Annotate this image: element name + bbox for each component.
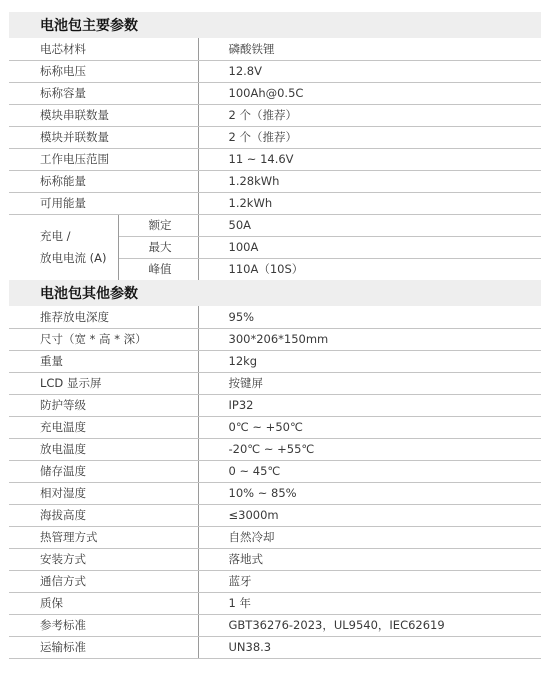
current-group-label: 充电 / 放电电流 (A) — [9, 214, 118, 280]
other-params-table: 推荐放电深度95% 尺寸（宽 * 高 * 深）300*206*150mm 重量1… — [9, 306, 541, 659]
table-row: LCD 显示屏按键屏 — [9, 372, 541, 394]
table-row: 标称电压12.8V — [9, 60, 541, 82]
spec-label: LCD 显示屏 — [9, 372, 198, 394]
spec-label: 推荐放电深度 — [9, 306, 198, 328]
spec-value: 100Ah@0.5C — [198, 82, 541, 104]
spec-value: 100A — [198, 236, 541, 258]
spec-value: IP32 — [198, 394, 541, 416]
table-row: 热管理方式自然冷却 — [9, 526, 541, 548]
table-row: 模块串联数量2 个（推荐） — [9, 104, 541, 126]
spec-value: 50A — [198, 214, 541, 236]
table-row: 安装方式落地式 — [9, 548, 541, 570]
spec-value: 2 个（推荐） — [198, 104, 541, 126]
spec-value: 11 ~ 14.6V — [198, 148, 541, 170]
current-label-line1: 充电 / — [40, 225, 118, 247]
table-row: 参考标准GBT36276-2023，UL9540，IEC62619 — [9, 614, 541, 636]
table-row: 质保1 年 — [9, 592, 541, 614]
spec-value: 110A（10S） — [198, 258, 541, 280]
spec-value: ≤3000m — [198, 504, 541, 526]
spec-label: 标称能量 — [9, 170, 198, 192]
spec-label: 尺寸（宽 * 高 * 深） — [9, 328, 198, 350]
spec-label: 海拔高度 — [9, 504, 198, 526]
current-sublabel: 峰值 — [118, 258, 198, 280]
spec-value: 落地式 — [198, 548, 541, 570]
current-sublabel: 额定 — [118, 214, 198, 236]
table-row: 放电温度-20℃ ~ +55℃ — [9, 438, 541, 460]
table-row: 充电温度0℃ ~ +50℃ — [9, 416, 541, 438]
current-sublabel: 最大 — [118, 236, 198, 258]
table-row: 尺寸（宽 * 高 * 深）300*206*150mm — [9, 328, 541, 350]
spec-value: 自然冷却 — [198, 526, 541, 548]
table-row: 相对湿度10% ~ 85% — [9, 482, 541, 504]
spec-value: 蓝牙 — [198, 570, 541, 592]
spec-label: 模块并联数量 — [9, 126, 198, 148]
spec-value: 2 个（推荐） — [198, 126, 541, 148]
current-label-line2: 放电电流 (A) — [40, 247, 118, 269]
spec-label: 标称电压 — [9, 60, 198, 82]
spec-label: 重量 — [9, 350, 198, 372]
spec-value: 0℃ ~ +50℃ — [198, 416, 541, 438]
section-title-other-params: 电池包其他参数 — [9, 280, 541, 306]
spec-label: 通信方式 — [9, 570, 198, 592]
table-row: 储存温度0 ~ 45℃ — [9, 460, 541, 482]
spec-value: 1 年 — [198, 592, 541, 614]
spec-sheet: 电池包主要参数 电芯材料磷酸铁锂 标称电压12.8V 标称容量100Ah@0.5… — [9, 12, 541, 659]
table-row: 重量12kg — [9, 350, 541, 372]
spec-value: 10% ~ 85% — [198, 482, 541, 504]
main-params-table: 电芯材料磷酸铁锂 标称电压12.8V 标称容量100Ah@0.5C 模块串联数量… — [9, 38, 541, 280]
spec-label: 放电温度 — [9, 438, 198, 460]
spec-label: 防护等级 — [9, 394, 198, 416]
spec-value: 95% — [198, 306, 541, 328]
spec-value: 0 ~ 45℃ — [198, 460, 541, 482]
table-row: 充电 / 放电电流 (A) 额定 50A — [9, 214, 541, 236]
spec-value: GBT36276-2023，UL9540，IEC62619 — [198, 614, 541, 636]
table-row: 防护等级IP32 — [9, 394, 541, 416]
spec-value: 300*206*150mm — [198, 328, 541, 350]
spec-value: 1.28kWh — [198, 170, 541, 192]
table-row: 工作电压范围11 ~ 14.6V — [9, 148, 541, 170]
spec-value: -20℃ ~ +55℃ — [198, 438, 541, 460]
spec-value: 12kg — [198, 350, 541, 372]
spec-value: 磷酸铁锂 — [198, 38, 541, 60]
spec-label: 模块串联数量 — [9, 104, 198, 126]
table-row: 标称容量100Ah@0.5C — [9, 82, 541, 104]
spec-label: 储存温度 — [9, 460, 198, 482]
spec-value: UN38.3 — [198, 636, 541, 658]
table-row: 标称能量1.28kWh — [9, 170, 541, 192]
spec-label: 电芯材料 — [9, 38, 198, 60]
spec-label: 参考标准 — [9, 614, 198, 636]
spec-label: 工作电压范围 — [9, 148, 198, 170]
spec-value: 12.8V — [198, 60, 541, 82]
spec-label: 安装方式 — [9, 548, 198, 570]
spec-value: 1.2kWh — [198, 192, 541, 214]
spec-label: 充电温度 — [9, 416, 198, 438]
spec-label: 标称容量 — [9, 82, 198, 104]
spec-label: 运输标准 — [9, 636, 198, 658]
table-row: 通信方式蓝牙 — [9, 570, 541, 592]
spec-label: 质保 — [9, 592, 198, 614]
spec-label: 可用能量 — [9, 192, 198, 214]
table-row: 模块并联数量2 个（推荐） — [9, 126, 541, 148]
section-title-main-params: 电池包主要参数 — [9, 12, 541, 38]
table-row: 运输标准UN38.3 — [9, 636, 541, 658]
spec-label: 热管理方式 — [9, 526, 198, 548]
table-row: 推荐放电深度95% — [9, 306, 541, 328]
table-row: 可用能量1.2kWh — [9, 192, 541, 214]
spec-label: 相对湿度 — [9, 482, 198, 504]
table-row: 电芯材料磷酸铁锂 — [9, 38, 541, 60]
table-row: 海拔高度≤3000m — [9, 504, 541, 526]
spec-value: 按键屏 — [198, 372, 541, 394]
